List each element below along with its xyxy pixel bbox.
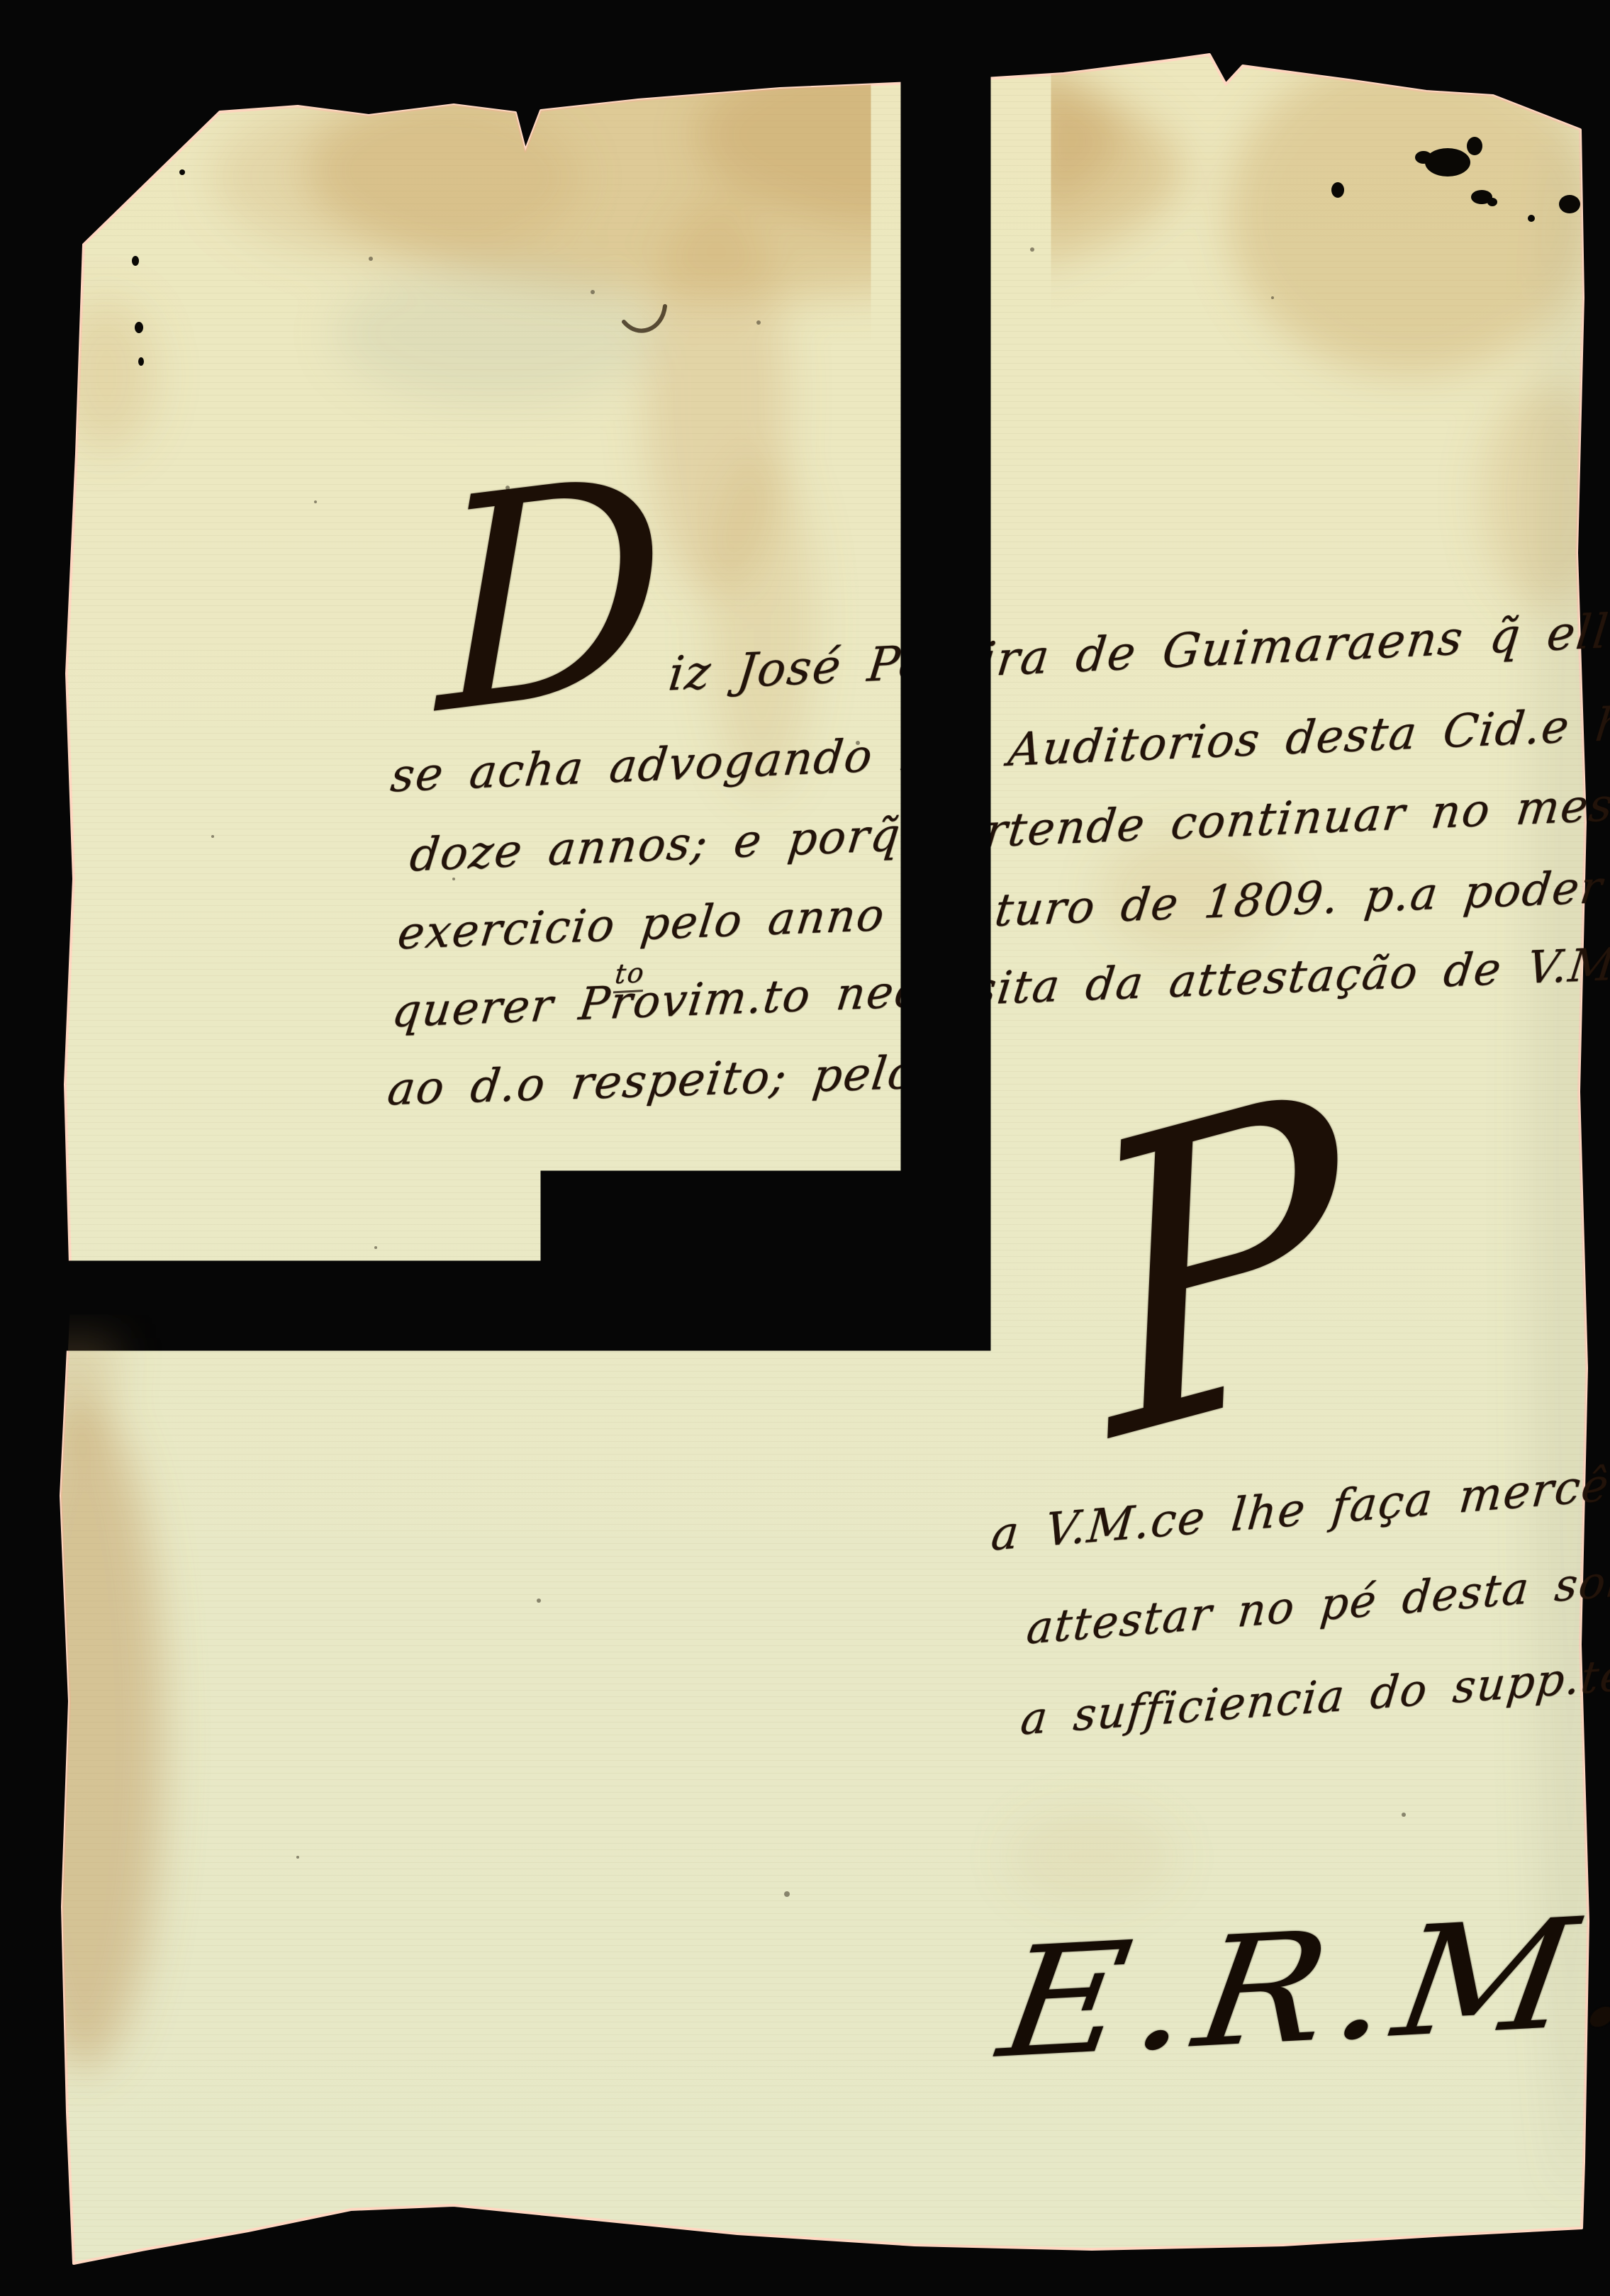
petition-line-2: attestar no pé desta sobre — [1024, 1549, 1610, 1654]
initial-letter-p: P — [1067, 1039, 1376, 1498]
handwritten-line-6: ao d.o respeito; pelo q̃ — [385, 1045, 976, 1116]
handwriting-layer: D iz José Pereira de Guimaraens q̃ elle … — [0, 0, 1610, 2296]
manuscript-scan: D iz José Pereira de Guimaraens q̃ elle … — [0, 0, 1610, 2296]
signature-flourish: E.R.M.ce — [990, 1871, 1610, 2092]
handwritten-line-1: iz José Pereira de Guimaraens q̃ elle — [666, 603, 1610, 702]
initial-letter-d: D — [434, 437, 669, 756]
petition-line-3: a sufficiencia do supp.te — [1019, 1648, 1610, 1745]
